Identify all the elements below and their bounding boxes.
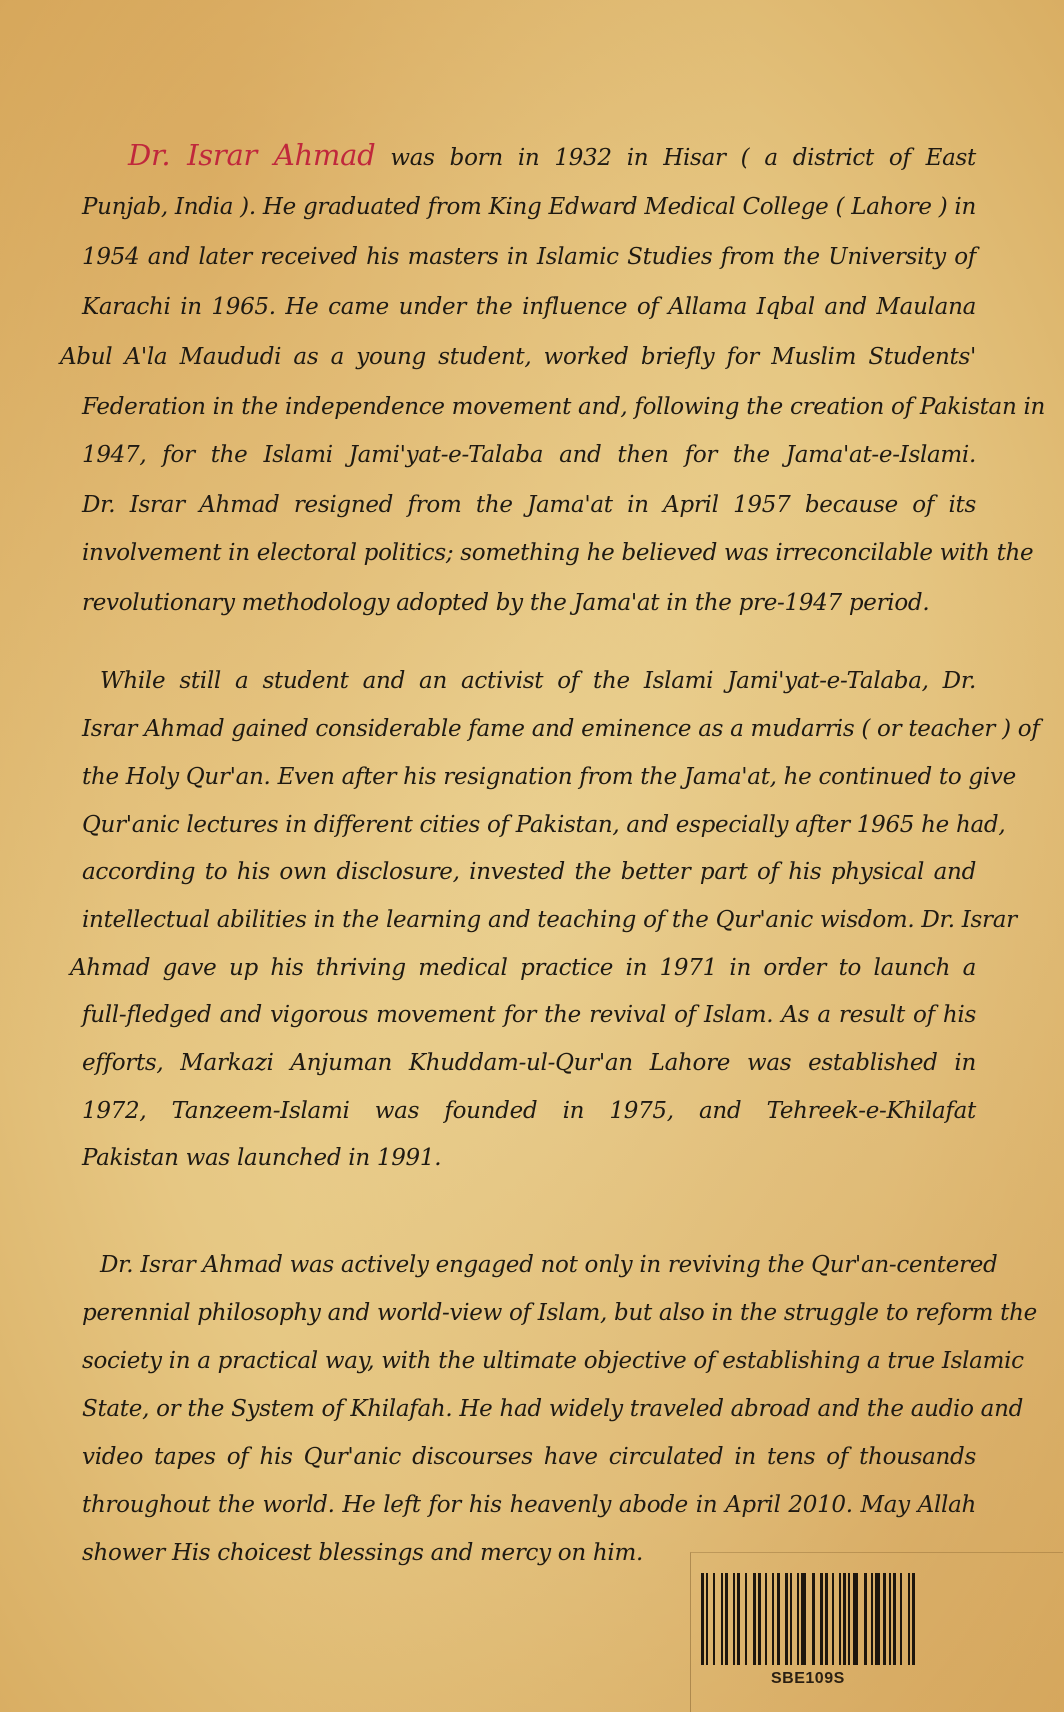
paragraph-3-line-2: perennial philosophy and world-view of I… — [82, 1298, 976, 1328]
paragraph-1-line-6: Federation in the independence movement … — [82, 392, 976, 422]
paragraph-3-line-1: Dr. Israr Ahmad was actively engaged not… — [100, 1250, 976, 1280]
line-text: was born in 1932 in Hisar ( a district o… — [375, 145, 976, 171]
paragraph-2-line-2: Israr Ahmad gained considerable fame and… — [82, 714, 976, 744]
author-name-highlight: Dr. Israr Ahmad — [128, 138, 375, 172]
paragraph-3-line-4: State, or the System of Khilafah. He had… — [82, 1394, 976, 1424]
paragraph-1-line-4: Karachi in 1965. He came under the influ… — [82, 292, 976, 322]
barcode-icon — [701, 1573, 977, 1665]
paragraph-1-line-2: Punjab, India ). He graduated from King … — [82, 192, 976, 222]
paragraph-2-line-8: full-fledged and vigorous movement for t… — [82, 1000, 976, 1030]
paragraph-1-line-10: revolutionary methodology adopted by the… — [82, 588, 902, 618]
paragraph-2-line-9: efforts, Markazi Anjuman Khuddam-ul-Qur'… — [82, 1048, 976, 1078]
paragraph-2-line-10: 1972, Tanzeem-Islami was founded in 1975… — [82, 1096, 976, 1126]
back-cover: Dr. Israr Ahmad was born in 1932 in Hisa… — [0, 0, 1064, 1712]
paragraph-1-line-7: 1947, for the Islami Jami'yat-e-Talaba a… — [82, 440, 976, 470]
paragraph-3-line-5: video tapes of his Qur'anic discourses h… — [82, 1442, 976, 1472]
paragraph-2-line-1: While still a student and an activist of… — [100, 666, 976, 696]
paragraph-2-line-5: according to his own disclosure, investe… — [82, 857, 976, 887]
barcode-bar — [912, 1573, 915, 1665]
paragraph-2-line-6: intellectual abilities in the learning a… — [82, 905, 976, 935]
paragraph-2-line-4: Qur'anic lectures in different cities of… — [82, 810, 976, 840]
paragraph-2-line-3: the Holy Qur'an. Even after his resignat… — [82, 762, 976, 792]
paragraph-1-line-9: involvement in electoral politics; somet… — [82, 538, 976, 568]
barcode-sticker: SBE109S — [690, 1552, 1063, 1712]
paragraph-3-line-3: society in a practical way, with the ult… — [82, 1346, 976, 1376]
paragraph-1-line-1: Dr. Israr Ahmad was born in 1932 in Hisa… — [128, 140, 976, 173]
paragraph-1-line-8: Dr. Israr Ahmad resigned from the Jama'a… — [82, 490, 976, 520]
paragraph-2-line-11: Pakistan was launched in 1991. — [82, 1143, 976, 1173]
paragraph-1-line-5: Abul A'la Maududi as a young student, wo… — [60, 342, 976, 372]
paragraph-3-line-6: throughout the world. He left for his he… — [82, 1490, 976, 1520]
barcode-label: SBE109S — [771, 1670, 845, 1688]
paragraph-2-line-7: Ahmad gave up his thriving medical pract… — [70, 953, 976, 983]
paragraph-1-line-3: 1954 and later received his masters in I… — [82, 242, 976, 272]
